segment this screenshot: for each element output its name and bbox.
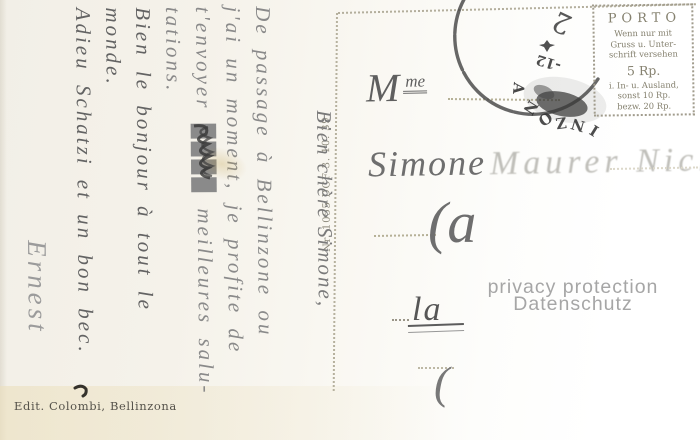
postcard-scan: Nr. 1055 DCF 3. 10. 39 Bien chère Simone… bbox=[0, 0, 700, 440]
addressee-title: Mme bbox=[366, 64, 424, 112]
privacy-watermark-line2: Datenschutz bbox=[448, 296, 698, 313]
porto-rate-box: PORTO Wenn nur mit Gruss u. Unter- schri… bbox=[592, 3, 695, 116]
message-line: De passage à Bellinzone ou bbox=[248, 6, 282, 434]
addressee-title-superscript: me bbox=[403, 71, 427, 93]
postmark-letter: I bbox=[587, 121, 603, 140]
message-signature: Ernest bbox=[21, 240, 53, 390]
publisher-imprint: Edit. Colombi, Bellinzona bbox=[14, 399, 177, 413]
postmark-letter: A bbox=[509, 81, 528, 96]
message-line: tations. bbox=[158, 7, 192, 435]
message-line: Bien le bonjour à tout le bbox=[128, 7, 162, 435]
address-line-3-text: (a bbox=[428, 190, 476, 255]
porto-detail-line: i. In- u. Ausland, bbox=[595, 79, 692, 91]
postmark-digit: 2 bbox=[547, 4, 577, 41]
privacy-watermark: privacy protection Datenschutz bbox=[448, 279, 698, 313]
scribbled-out-word bbox=[186, 122, 220, 182]
porto-title: PORTO bbox=[597, 10, 691, 26]
ink-hook-mark bbox=[72, 384, 92, 400]
message-salutation: Bien chère Simone, bbox=[311, 110, 338, 370]
message-line: Adieu Schatzi et un bon bec. bbox=[68, 8, 102, 436]
porto-condition-line: schrift versehen bbox=[595, 48, 692, 60]
address-line-3: (a bbox=[428, 194, 476, 252]
porto-rate: 5 Rp. bbox=[595, 62, 692, 78]
message-line: j'ai un moment, je profite de bbox=[218, 6, 252, 434]
message-line: t'envoyer ████ meilleures salu- bbox=[188, 7, 222, 435]
postmark-star bbox=[539, 40, 555, 52]
addressee-title-initial: M bbox=[366, 65, 400, 111]
card-left-edge-shadow bbox=[0, 0, 7, 440]
postmark-time: -12 bbox=[534, 51, 563, 74]
address-line-5: ( bbox=[434, 360, 449, 406]
porto-detail-line: bezw. 20 Rp. bbox=[596, 100, 693, 112]
message-body: De passage à Bellinzone ou j'ai un momen… bbox=[68, 6, 282, 436]
message-line: monde. bbox=[98, 7, 132, 435]
address-dotted-rule-4 bbox=[392, 319, 409, 321]
